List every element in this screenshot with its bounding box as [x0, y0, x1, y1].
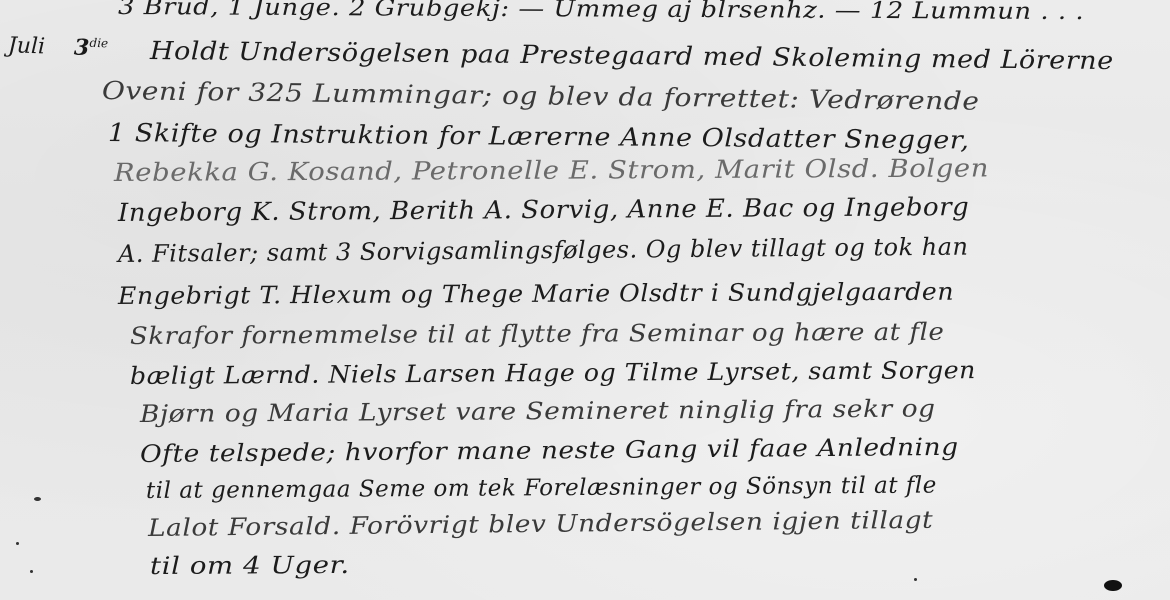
- text-line: Rebekka G. Kosand, Petronelle E. Strom, …: [114, 153, 989, 187]
- margin-day-suffix: die: [89, 36, 108, 51]
- text-line: 3 Brud, 1 Junge. 2 Grubgekj: — Ummeg aj …: [118, 0, 1084, 25]
- text-line: Engebrigt T. Hlexum og Thege Marie Olsdt…: [118, 278, 954, 310]
- text-line: til at gennemgaa Seme om tek Forelæsning…: [146, 472, 937, 504]
- ink-speck: [914, 578, 917, 581]
- margin-date: Juli 3die: [8, 32, 109, 61]
- text-line: Bjørn og Maria Lyrset vare Semineret nin…: [140, 394, 936, 428]
- ink-blot: [1104, 580, 1122, 591]
- text-line: Ofte telspede; hvorfor mane neste Gang v…: [140, 433, 959, 468]
- manuscript-page: Juli 3die 3 Brud, 1 Junge. 2 Grubgekj: —…: [0, 0, 1170, 600]
- text-line: Lalot Forsald. Forövrigt blev Undersögel…: [148, 506, 934, 542]
- ink-speck: [34, 497, 41, 501]
- ink-speck: [16, 542, 19, 545]
- text-line: bæligt Lærnd. Niels Larsen Hage og Tilme…: [130, 356, 976, 390]
- margin-month: Juli: [8, 33, 46, 59]
- text-line: Skrafor fornemmelse til at flytte fra Se…: [130, 318, 944, 350]
- text-line: Oveni for 325 Lummingar; og blev da forr…: [102, 76, 980, 116]
- ink-speck: [30, 570, 33, 573]
- text-line: Holdt Undersögelsen paa Prestegaard med …: [150, 36, 1114, 75]
- text-line: til om 4 Uger.: [150, 551, 350, 580]
- text-line: 1 Skifte og Instruktion for Lærerne Anne…: [108, 118, 970, 155]
- margin-day: 3: [74, 35, 90, 62]
- text-line: A. Fitsaler; samt 3 Sorvigsamlingsfølges…: [118, 233, 969, 268]
- text-line: Ingeborg K. Strom, Berith A. Sorvig, Ann…: [118, 192, 969, 227]
